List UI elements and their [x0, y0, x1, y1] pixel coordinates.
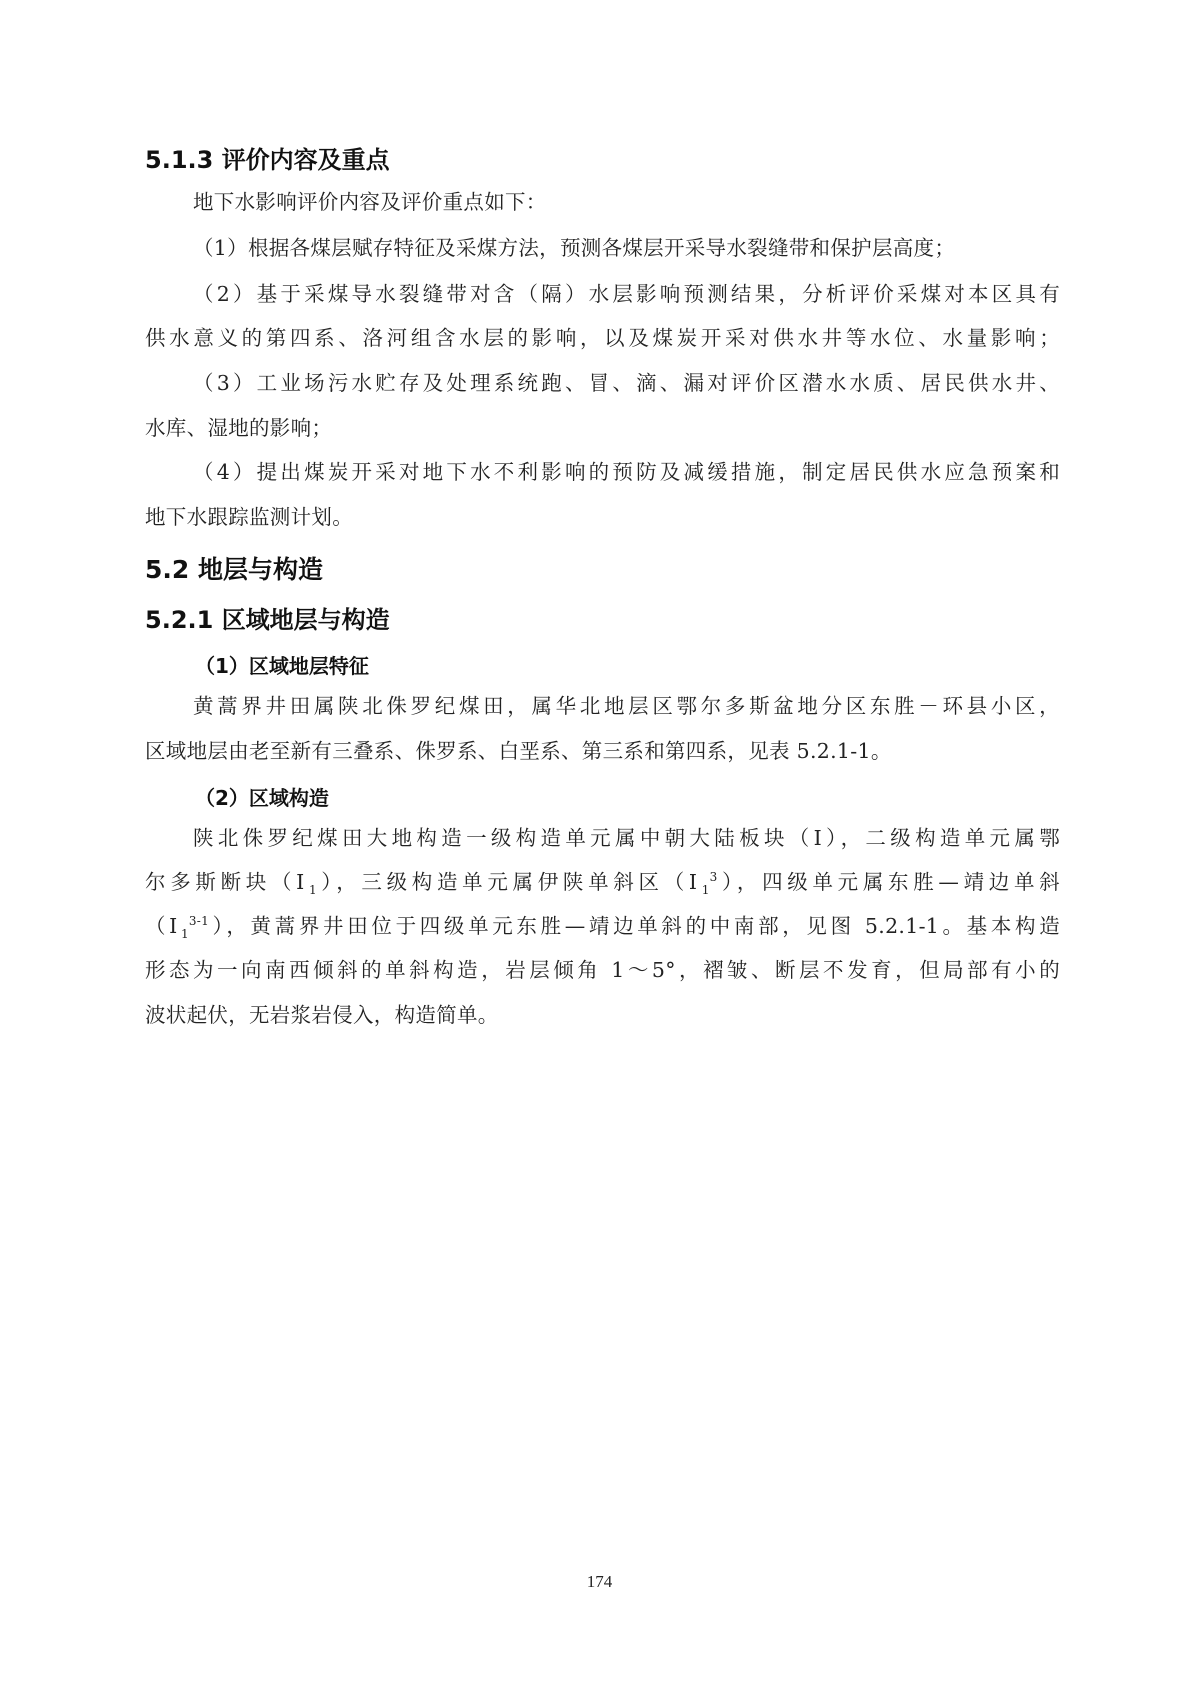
structure-paragraph-line-5: 波状起伏，无岩浆岩侵入，构造简单。: [145, 1003, 1060, 1027]
subsection-heading-regional-structure: （2）区域构造: [195, 782, 329, 811]
structure-paragraph-line-4: 形态为一向南西倾斜的单斜构造，岩层倾角 1～5°，褶皱、断层不发育，但局部有小的: [145, 958, 1060, 982]
list-item-4-line-2: 地下水跟踪监测计划。: [145, 505, 1060, 529]
subsection-heading-regional-strata: （1）区域地层特征: [195, 650, 369, 679]
document-page: 5.1.3 评价内容及重点 地下水影响评价内容及评价重点如下： （1）根据各煤层…: [0, 0, 1199, 1696]
page-number: 174: [0, 1572, 1199, 1592]
list-item-3-line-2: 水库、湿地的影响；: [145, 416, 1060, 440]
structure-paragraph-line-1: 陕北侏罗纪煤田大地构造一级构造单元属中朝大陆板块（Ⅰ），二级构造单元属鄂: [193, 826, 1060, 850]
strata-paragraph-line-1: 黄蒿界井田属陕北侏罗纪煤田，属华北地层区鄂尔多斯盆地分区东胜－环县小区，: [193, 694, 1060, 718]
list-item-2-line-2: 供水意义的第四系、洛河组含水层的影响，以及煤炭开采对供水井等水位、水量影响；: [145, 326, 1060, 350]
section-heading-5-2: 5.2 地层与构造: [145, 550, 323, 586]
list-item-1: （1）根据各煤层赋存特征及采煤方法，预测各煤层开采导水裂缝带和保护层高度；: [193, 236, 1060, 260]
section-heading-5-1-3: 5.1.3 评价内容及重点: [145, 140, 390, 175]
list-item-4-line-1: （4）提出煤炭开采对地下水不利影响的预防及减缓措施，制定居民供水应急预案和: [193, 460, 1060, 484]
structure-paragraph-line-3: （Ⅰ13-1），黄蒿界井田位于四级单元东胜—靖边单斜的中南部，见图 5.2.1-…: [145, 914, 1060, 938]
structure-paragraph-line-2: 尔多斯断块（Ⅰ1），三级构造单元属伊陕单斜区（Ⅰ13），四级单元属东胜—靖边单斜: [145, 870, 1060, 894]
list-item-2-line-1: （2）基于采煤导水裂缝带对含（隔）水层影响预测结果，分析评价采煤对本区具有: [193, 282, 1060, 306]
paragraph-intro: 地下水影响评价内容及评价重点如下：: [193, 190, 1060, 214]
list-item-3-line-1: （3）工业场污水贮存及处理系统跑、冒、滴、漏对评价区潜水水质、居民供水井、: [193, 371, 1060, 395]
strata-paragraph-line-2: 区域地层由老至新有三叠系、侏罗系、白垩系、第三系和第四系，见表 5.2.1-1。: [145, 739, 1060, 763]
section-heading-5-2-1: 5.2.1 区域地层与构造: [145, 600, 390, 635]
